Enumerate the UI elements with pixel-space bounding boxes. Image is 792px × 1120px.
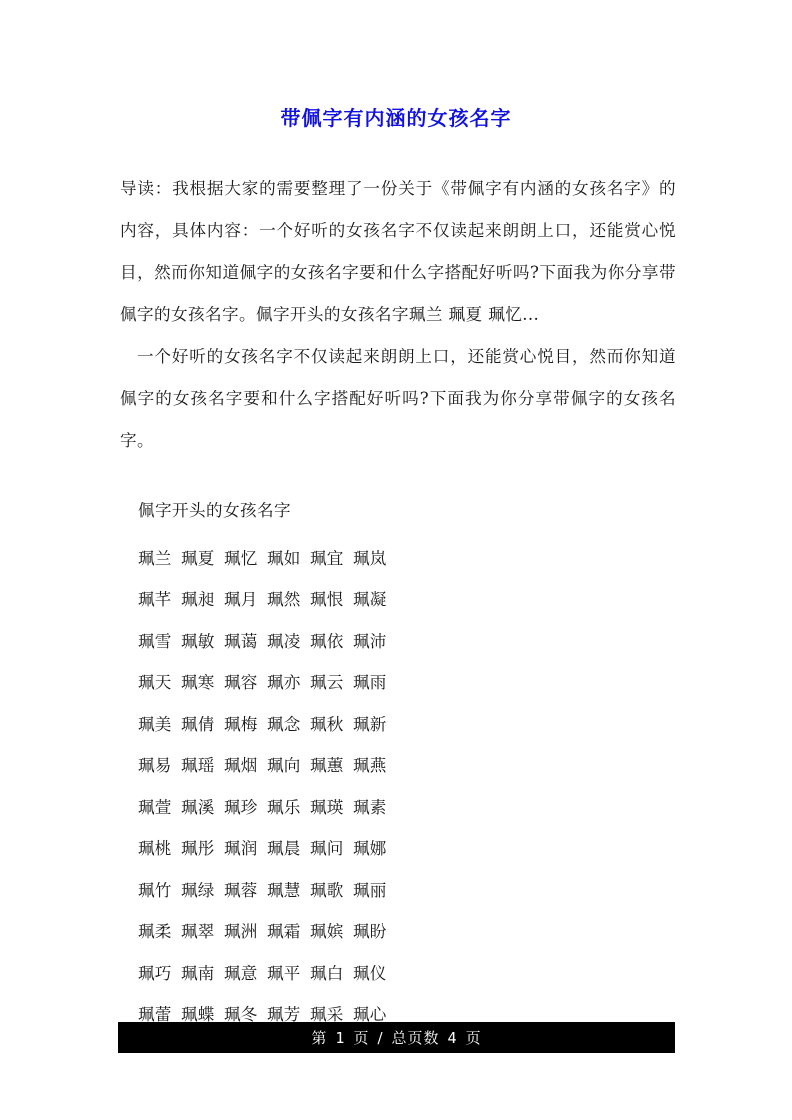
names-row: 珮桃 珮彤 珮润 珮晨 珮问 珮娜 bbox=[138, 829, 438, 871]
page-separator: / bbox=[377, 1029, 383, 1047]
name-item: 珮翠 bbox=[181, 921, 224, 943]
name-item: 珮洲 bbox=[224, 921, 267, 943]
name-item: 珮晨 bbox=[267, 838, 310, 860]
name-item: 珮宜 bbox=[310, 548, 353, 570]
name-item: 珮昶 bbox=[181, 589, 224, 611]
name-item: 珮雪 bbox=[138, 631, 181, 653]
page-prefix: 第 bbox=[311, 1027, 327, 1048]
name-item: 珮歌 bbox=[310, 880, 353, 902]
name-item: 珮凝 bbox=[353, 589, 396, 611]
name-item: 珮润 bbox=[224, 838, 267, 860]
page-suffix: 页 bbox=[353, 1027, 369, 1048]
name-item: 珮兰 bbox=[138, 548, 181, 570]
name-item: 珮柔 bbox=[138, 921, 181, 943]
name-item: 珮容 bbox=[224, 672, 267, 694]
name-item: 珮娜 bbox=[353, 838, 396, 860]
name-item: 珮素 bbox=[353, 797, 396, 819]
name-item: 珮秋 bbox=[310, 714, 353, 736]
name-item: 珮珍 bbox=[224, 797, 267, 819]
page-footer: 第 1 页 / 总页数 4 页 bbox=[118, 1022, 675, 1053]
name-item: 珮凌 bbox=[267, 631, 310, 653]
name-item: 珮南 bbox=[181, 963, 224, 985]
name-item: 珮问 bbox=[310, 838, 353, 860]
names-row: 珮萱 珮溪 珮珍 珮乐 珮瑛 珮素 bbox=[138, 787, 438, 829]
names-row: 珮美 珮倩 珮梅 珮念 珮秋 珮新 bbox=[138, 704, 438, 746]
name-item: 珮倩 bbox=[181, 714, 224, 736]
names-row: 珮天 珮寒 珮容 珮亦 珮云 珮雨 bbox=[138, 663, 438, 705]
name-item: 珮月 bbox=[224, 589, 267, 611]
name-item: 珮云 bbox=[310, 672, 353, 694]
total-pages-number: 4 bbox=[448, 1029, 458, 1047]
name-item: 珮亦 bbox=[267, 672, 310, 694]
name-item: 珮瑶 bbox=[181, 755, 224, 777]
name-item: 珮蕙 bbox=[310, 755, 353, 777]
names-row: 珮兰 珮夏 珮忆 珮如 珮宜 珮岚 bbox=[138, 538, 438, 580]
name-item: 珮美 bbox=[138, 714, 181, 736]
document-page: 带佩字有内涵的女孩名字 导读：我根据大家的需要整理了一份关于《带佩字有内涵的女孩… bbox=[0, 0, 792, 1120]
name-item: 珮桃 bbox=[138, 838, 181, 860]
name-item: 珮敏 bbox=[181, 631, 224, 653]
body-paragraph: 一个好听的女孩名字不仅读起来朗朗上口，还能赏心悦目，然而你知道佩字的女孩名字要和… bbox=[120, 336, 676, 462]
total-suffix: 页 bbox=[466, 1027, 482, 1048]
intro-paragraph: 导读：我根据大家的需要整理了一份关于《带佩字有内涵的女孩名字》的内容，具体内容：… bbox=[120, 168, 676, 336]
section-heading: 佩字开头的女孩名字 bbox=[138, 496, 291, 526]
name-item: 珮彤 bbox=[181, 838, 224, 860]
names-row: 珮柔 珮翠 珮洲 珮霜 珮嫔 珮盼 bbox=[138, 912, 438, 954]
name-item: 珮易 bbox=[138, 755, 181, 777]
name-item: 珮瑛 bbox=[310, 797, 353, 819]
name-item: 珮雨 bbox=[353, 672, 396, 694]
name-item: 珮如 bbox=[267, 548, 310, 570]
name-item: 珮忆 bbox=[224, 548, 267, 570]
name-item: 珮慧 bbox=[267, 880, 310, 902]
name-item: 珮霜 bbox=[267, 921, 310, 943]
name-item: 珮然 bbox=[267, 589, 310, 611]
names-row: 珮雪 珮敏 珮蔼 珮凌 珮依 珮沛 bbox=[138, 621, 438, 663]
name-item: 珮白 bbox=[310, 963, 353, 985]
name-item: 珮依 bbox=[310, 631, 353, 653]
names-row: 珮芊 珮昶 珮月 珮然 珮恨 珮凝 bbox=[138, 580, 438, 622]
names-row: 珮巧 珮南 珮意 珮平 珮白 珮仪 bbox=[138, 953, 438, 995]
name-item: 珮寒 bbox=[181, 672, 224, 694]
name-item: 珮向 bbox=[267, 755, 310, 777]
name-item: 珮新 bbox=[353, 714, 396, 736]
name-item: 珮岚 bbox=[353, 548, 396, 570]
current-page-number: 1 bbox=[335, 1029, 345, 1047]
name-item: 珮芊 bbox=[138, 589, 181, 611]
name-item: 珮乐 bbox=[267, 797, 310, 819]
document-title: 带佩字有内涵的女孩名字 bbox=[0, 104, 792, 132]
name-item: 珮平 bbox=[267, 963, 310, 985]
name-item: 珮意 bbox=[224, 963, 267, 985]
names-list: 珮兰 珮夏 珮忆 珮如 珮宜 珮岚 珮芊 珮昶 珮月 珮然 珮恨 珮凝 珮雪 珮… bbox=[138, 538, 438, 1036]
name-item: 珮梅 bbox=[224, 714, 267, 736]
name-item: 珮烟 bbox=[224, 755, 267, 777]
name-item: 珮燕 bbox=[353, 755, 396, 777]
name-item: 珮丽 bbox=[353, 880, 396, 902]
name-item: 珮巧 bbox=[138, 963, 181, 985]
name-item: 珮念 bbox=[267, 714, 310, 736]
name-item: 珮夏 bbox=[181, 548, 224, 570]
names-row: 珮竹 珮绿 珮蓉 珮慧 珮歌 珮丽 bbox=[138, 870, 438, 912]
name-item: 珮嫔 bbox=[310, 921, 353, 943]
names-row: 珮易 珮瑶 珮烟 珮向 珮蕙 珮燕 bbox=[138, 746, 438, 788]
name-item: 珮天 bbox=[138, 672, 181, 694]
name-item: 珮沛 bbox=[353, 631, 396, 653]
name-item: 珮溪 bbox=[181, 797, 224, 819]
name-item: 珮竹 bbox=[138, 880, 181, 902]
name-item: 珮蔼 bbox=[224, 631, 267, 653]
name-item: 珮盼 bbox=[353, 921, 396, 943]
name-item: 珮恨 bbox=[310, 589, 353, 611]
name-item: 珮仪 bbox=[353, 963, 396, 985]
name-item: 珮绿 bbox=[181, 880, 224, 902]
total-pages-label: 总页数 bbox=[392, 1027, 440, 1048]
name-item: 珮蓉 bbox=[224, 880, 267, 902]
name-item: 珮萱 bbox=[138, 797, 181, 819]
